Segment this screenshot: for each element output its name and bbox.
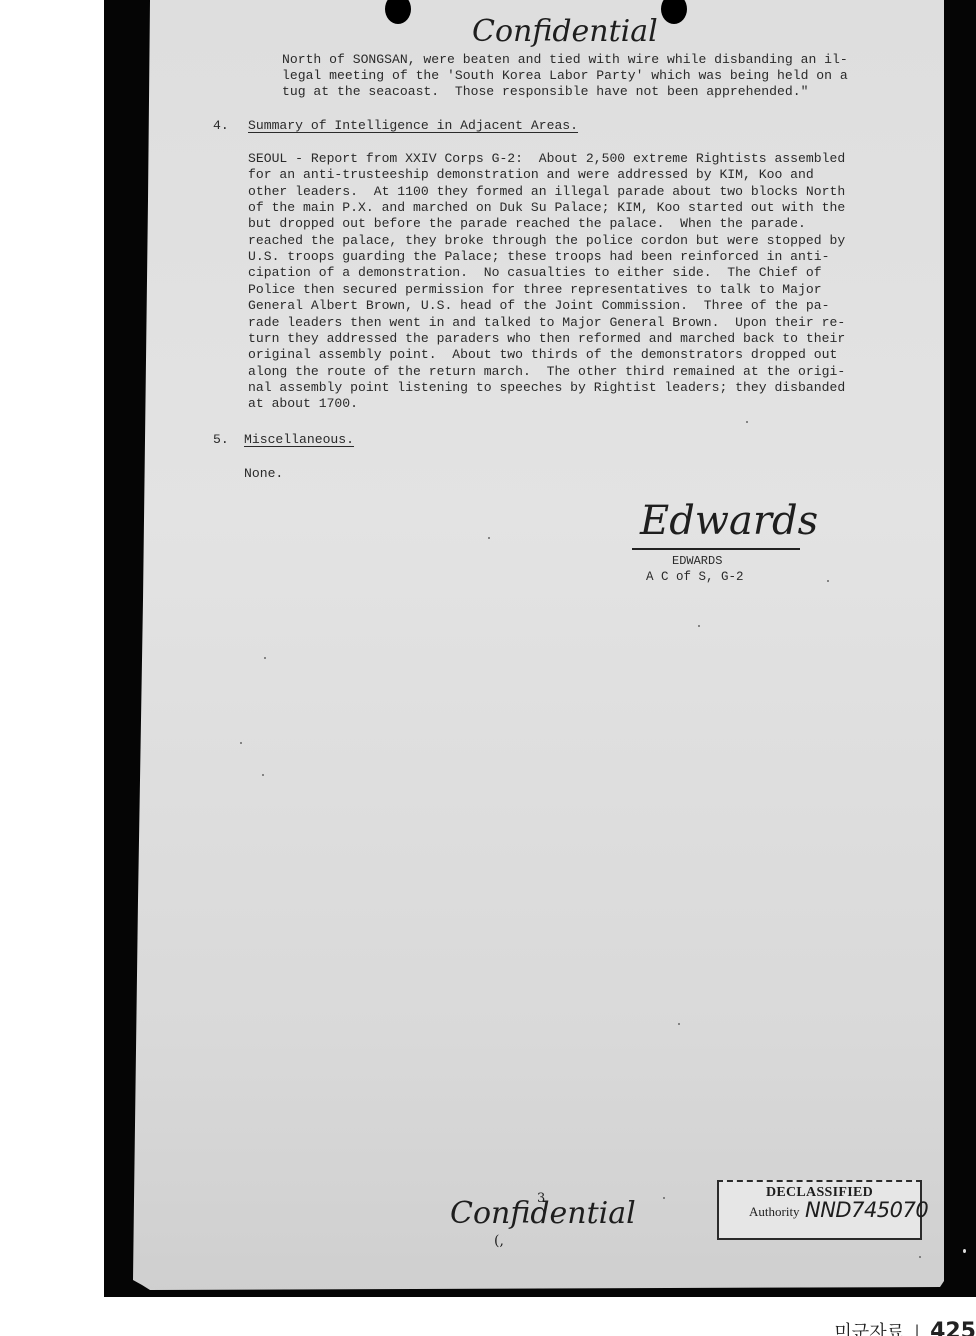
text-line: along the route of the return march. The… bbox=[248, 364, 845, 380]
text-line: cipation of a demonstration. No casualti… bbox=[248, 265, 822, 281]
speck bbox=[963, 1249, 966, 1253]
text-line: U.S. troops guarding the Palace; these t… bbox=[248, 249, 829, 265]
stamp-authority-label: Authority bbox=[749, 1204, 800, 1220]
text-line: Police then secured permission for three… bbox=[248, 282, 822, 298]
text-line: tug at the seacoast. Those responsible h… bbox=[282, 84, 808, 100]
speck bbox=[827, 580, 829, 582]
speck bbox=[663, 1197, 665, 1199]
speck bbox=[746, 421, 748, 423]
text-line: other leaders. At 1100 they formed an il… bbox=[248, 184, 845, 200]
handwritten-signature: Edwards bbox=[640, 498, 818, 544]
stamp-authority-value: NND745070 bbox=[805, 1198, 928, 1222]
signature-line bbox=[632, 548, 800, 550]
text-line: at about 1700. bbox=[248, 396, 358, 412]
text-line: rade leaders then went in and talked to … bbox=[248, 315, 845, 331]
page-mark-number: 3 bbox=[537, 1191, 545, 1206]
text-line: turn they addressed the paraders who the… bbox=[248, 331, 845, 347]
speck bbox=[240, 742, 242, 744]
text-line: but dropped out before the parade reache… bbox=[248, 216, 806, 232]
declassified-stamp: DECLASSIFIED Authority NND745070 bbox=[717, 1180, 922, 1240]
section-title: Miscellaneous. bbox=[244, 432, 354, 448]
speck bbox=[488, 537, 490, 539]
text-line: of the main P.X. and marched on Duk Su P… bbox=[248, 200, 845, 216]
speck bbox=[919, 1256, 921, 1258]
page-mark-scribble: (, bbox=[494, 1233, 504, 1249]
speck bbox=[698, 625, 700, 627]
section-number: 5. bbox=[213, 432, 229, 448]
footer-separator: | bbox=[914, 1322, 920, 1336]
page-footer: 미군자료|425 bbox=[834, 1318, 976, 1336]
speck bbox=[678, 1023, 680, 1025]
section-title: Summary of Intelligence in Adjacent Area… bbox=[248, 118, 578, 134]
text-line: legal meeting of the 'South Korea Labor … bbox=[282, 68, 848, 84]
signer-title: A C of S, G-2 bbox=[646, 569, 744, 585]
text-line: original assembly point. About two third… bbox=[248, 347, 837, 363]
confidential-header-handwritten: Confidential bbox=[472, 14, 658, 49]
text-line: General Albert Brown, U.S. head of the J… bbox=[248, 298, 829, 314]
footer-page-number: 425 bbox=[930, 1319, 976, 1336]
typed-name: EDWARDS bbox=[672, 553, 722, 569]
section-number: 4. bbox=[213, 118, 229, 134]
text-line: North of SONGSAN, were beaten and tied w… bbox=[282, 52, 848, 68]
text-line: reached the palace, they broke through t… bbox=[248, 233, 845, 249]
text-line: for an anti-trusteeship demonstration an… bbox=[248, 167, 814, 183]
speck bbox=[264, 657, 266, 659]
footer-source-label: 미군자료 bbox=[834, 1322, 904, 1336]
speck bbox=[262, 774, 264, 776]
section-body-line: None. bbox=[244, 466, 283, 482]
text-line: SEOUL - Report from XXIV Corps G-2: Abou… bbox=[248, 151, 845, 167]
text-line: nal assembly point listening to speeches… bbox=[248, 380, 845, 396]
